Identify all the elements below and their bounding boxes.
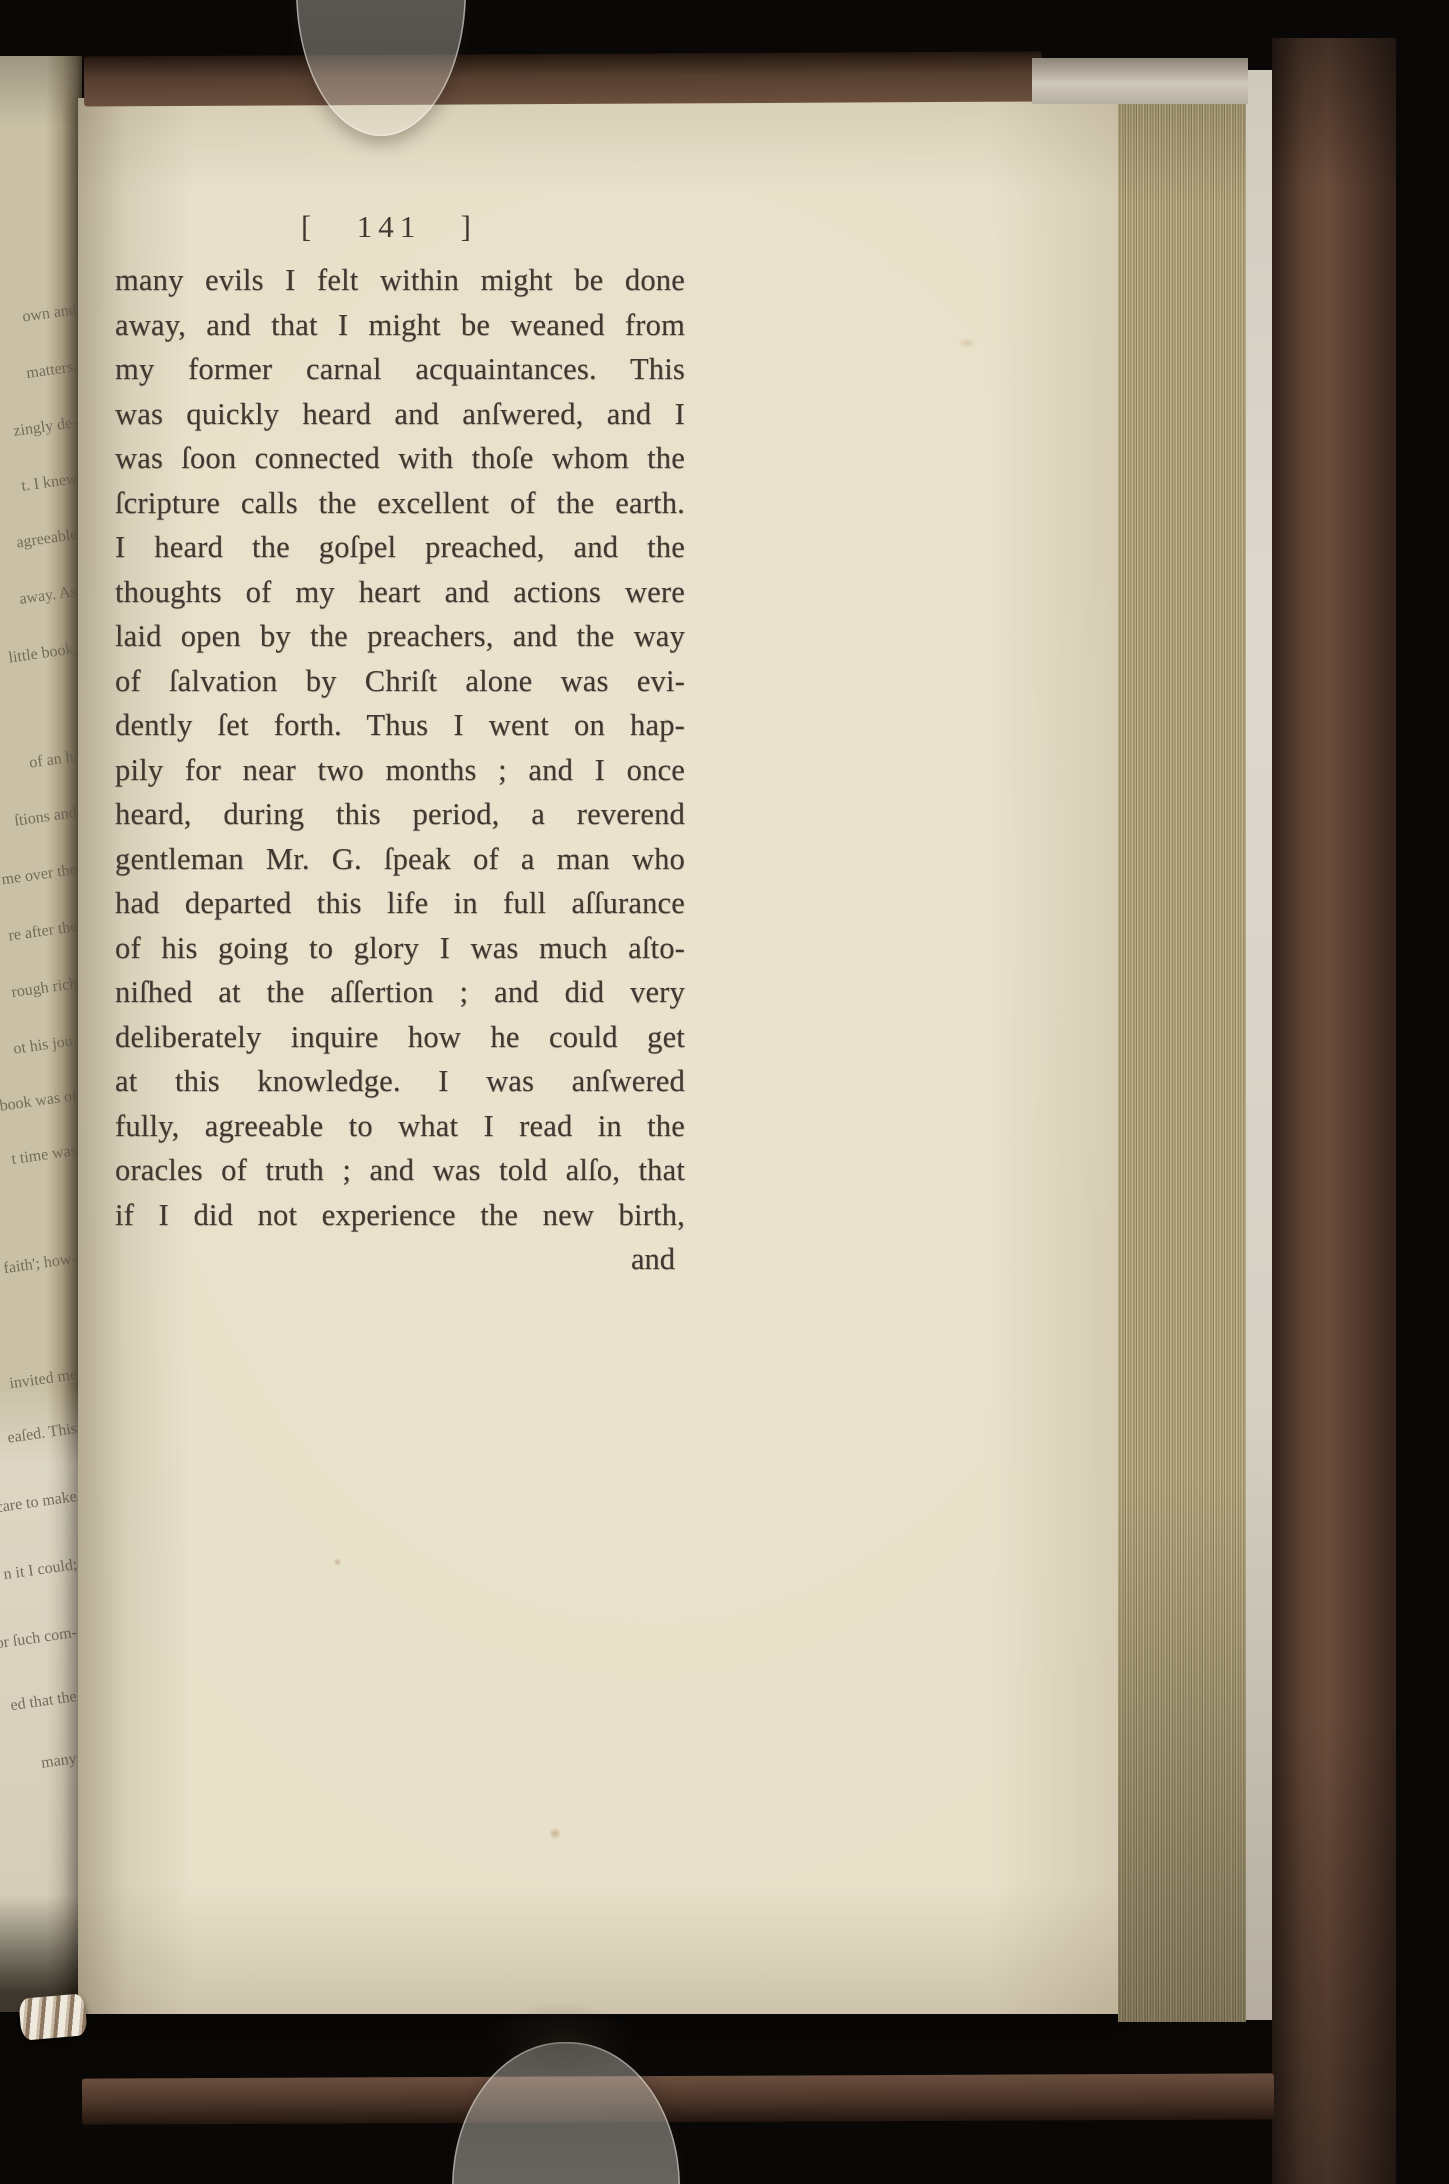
facing-page-text-fragment: ed that the	[10, 1688, 78, 1715]
text-line: had departed this life in full aſſurance	[115, 881, 685, 926]
text-line: thoughts of my heart and actions were	[115, 570, 685, 615]
text-line: of his going to glory I was much aſto-	[115, 926, 685, 971]
text-line: gentleman Mr. G. ſpeak of a man who	[115, 837, 685, 882]
facing-page-text-fragment: invited me	[8, 1366, 78, 1393]
text-line: oracles of truth ; and was told alſo, th…	[115, 1148, 685, 1193]
facing-page-text-fragment: agreeable	[15, 526, 78, 552]
header-right-bracket: ]	[461, 205, 471, 249]
facing-page-text-fragment: or ſuch com-	[0, 1624, 78, 1653]
text-line: many evils I felt within might be done	[115, 258, 685, 303]
facing-page-text-fragment: of an h.	[28, 748, 78, 773]
text-line: deliberately inquire how he could get	[115, 1015, 685, 1060]
facing-page-text-fragment: book was of	[0, 1087, 78, 1116]
book-endband	[18, 1993, 87, 2041]
facing-page-text-fragment: many	[41, 1750, 79, 1773]
text-line: pily for near two months ; and I once	[115, 748, 685, 793]
facing-page-text-fragment: own and	[22, 301, 79, 326]
page-edges-strip	[1246, 70, 1272, 2020]
text-line: heard, during this period, a reverend	[115, 792, 685, 837]
book-cover-right	[1272, 38, 1396, 2184]
catchword: and	[115, 1237, 685, 1282]
facing-page-text-fragment: zingly de-	[12, 414, 78, 441]
page-header: [ 141 ]	[301, 205, 471, 249]
text-line: niſhed at the aſſertion ; and did very	[115, 970, 685, 1015]
facing-page-text-fragment: eaſed. This	[7, 1420, 79, 1448]
stain	[548, 1828, 562, 1839]
book-cover-top-edge	[84, 51, 1042, 106]
facing-page-edge: own andmatters,zingly de-t. I knewagreea…	[0, 56, 82, 2012]
facing-page-text-fragment: t. I knew	[20, 470, 78, 496]
facing-page-text-fragment: rough rich	[10, 975, 78, 1002]
page-text-block: [ 141 ] many evils I felt within might b…	[115, 205, 685, 1282]
page-number: 141	[351, 205, 422, 249]
text-line: I heard the goſpel preached, and the	[115, 525, 685, 570]
facing-page-text-fragment: me over the	[1, 861, 78, 889]
text-line: fully, agreeable to what I read in the	[115, 1104, 685, 1149]
book-photo: { "page": { "header": { "left_bracket": …	[0, 0, 1449, 2184]
book-page: [ 141 ] many evils I felt within might b…	[78, 98, 1118, 2014]
text-line: my former carnal acquaintances. This	[115, 347, 685, 392]
text-line: dently ſet forth. Thus I went on hap-	[115, 703, 685, 748]
facing-page-text-fragment: faith'; how-	[3, 1250, 78, 1278]
facing-page-text-fragment: n it I could;	[2, 1556, 78, 1584]
book-fore-edge	[1118, 66, 1246, 2022]
facing-page-text-fragment: ſtions and	[14, 804, 79, 831]
text-line: was ſoon connected with thoſe whom the	[115, 436, 685, 481]
book-top-pages-edge	[1032, 58, 1248, 104]
text-line: of ſalvation by Chriſt alone was evi-	[115, 659, 685, 704]
text-line: if I did not experience the new birth,	[115, 1193, 685, 1238]
text-line: away, and that I might be weaned from	[115, 303, 685, 348]
facing-page-text-fragment: care to make	[0, 1488, 78, 1517]
facing-page-text-fragment: matters,	[25, 358, 78, 383]
facing-page-text-fragment: little book,	[7, 640, 78, 667]
book-cover-bottom-edge	[82, 2073, 1274, 2124]
facing-page-text-fragment: away. As	[19, 583, 79, 609]
facing-page-text-fragment: re after the	[7, 918, 78, 945]
text-line: laid open by the preachers, and the way	[115, 614, 685, 659]
header-left-bracket: [	[301, 205, 311, 249]
text-line: was quickly heard and anſwered, and I	[115, 392, 685, 437]
page-holder-bottom	[452, 2042, 680, 2184]
stain	[333, 1558, 342, 1566]
facing-page-text-fragment: t time was	[11, 1142, 79, 1169]
stain	[958, 338, 976, 348]
facing-page-text-fragment: ot his jou.	[13, 1032, 78, 1059]
text-line: ſcripture calls the excellent of the ear…	[115, 481, 685, 526]
text-line: at this knowledge. I was anſwered	[115, 1059, 685, 1104]
page-body: many evils I felt within might be doneaw…	[115, 258, 685, 1237]
